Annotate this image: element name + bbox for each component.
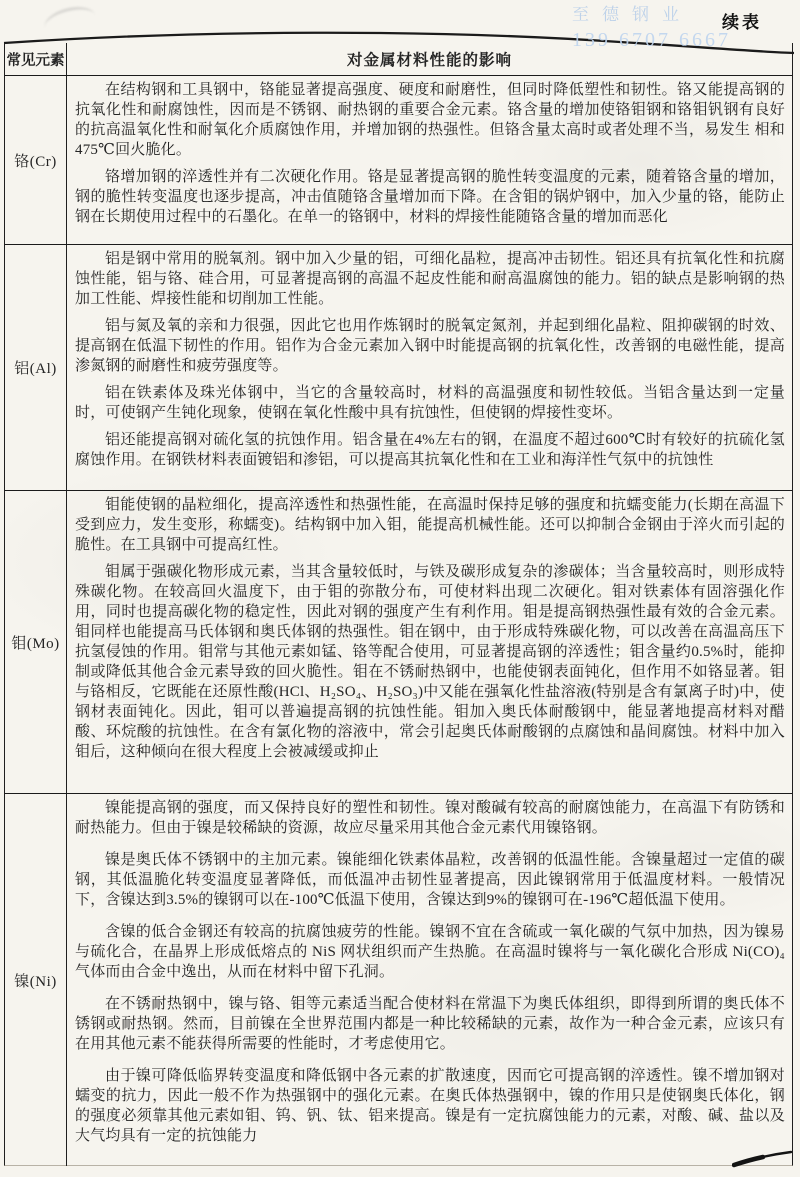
pen-mark [732, 1148, 794, 1170]
effects-paragraph: 由于镍可降低临界转变温度和降低钢中各元素的扩散速度，因而它可提高钢的淬透性。镍不… [75, 1066, 785, 1146]
element-name-ni: 镍(Ni) [5, 794, 67, 1166]
table-body: 铬(Cr)在结构钢和工具钢中，铬能显著提高强度、硬度和耐磨性，但同时降低塑性和韧… [5, 76, 792, 1166]
watermark: 至德钢业 139 6707 6667 [572, 6, 731, 50]
element-row-ni: 镍(Ni)镍能提高钢的强度，而又保持良好的塑性和韧性。镍对酸碱有较高的耐腐蚀能力… [5, 794, 792, 1166]
effects-paragraph: 镍是奥氏体不锈钢中的主加元素。镍能细化铁素体晶粒，改善钢的低温性能。含镍量超过一… [75, 850, 785, 910]
watermark-company-name: 至德钢业 [572, 6, 731, 23]
element-effects-text-al: 铝是钢中常用的脱氧剂。钢中加入少量的铝，可细化晶粒，提高冲击韧性。铝还具有抗氧化… [67, 245, 792, 490]
element-name-mo: 钼(Mo) [5, 491, 67, 793]
effects-paragraph: 铝与氮及氧的亲和力很强，因此它也用作炼钢时的脱氧定氮剂，并起到细化晶粒、阻抑碳钢… [75, 316, 785, 376]
elements-effects-table: 常见元素 对金属材料性能的影响 铬(Cr)在结构钢和工具钢中，铬能显著提高强度、… [4, 43, 793, 1166]
element-row-al: 铝(Al)铝是钢中常用的脱氧剂。钢中加入少量的铝，可细化晶粒，提高冲击韧性。铝还… [5, 245, 792, 491]
effects-paragraph: 铝在铁素体及珠光体钢中，当它的含量较高时，材料的高温强度和韧性较低。当铝含量达到… [75, 383, 785, 423]
effects-paragraph: 在结构钢和工具钢中，铬能显著提高强度、硬度和耐磨性，但同时降低塑性和韧性。铬又能… [75, 80, 785, 160]
effects-paragraph: 铝是钢中常用的脱氧剂。钢中加入少量的铝，可细化晶粒，提高冲击韧性。铝还具有抗氧化… [75, 249, 785, 309]
element-row-cr: 铬(Cr)在结构钢和工具钢中，铬能显著提高强度、硬度和耐磨性，但同时降低塑性和韧… [5, 76, 792, 245]
effects-paragraph: 钼属于强碳化物形成元素，当其含量较低时，与铁及碳形成复杂的渗碳体；当含量较高时，… [75, 562, 785, 762]
element-row-mo: 钼(Mo)钼能使钢的晶粒细化，提高淬透性和热强性能，在高温时保持足够的强度和抗蠕… [5, 491, 792, 794]
element-effects-text-cr: 在结构钢和工具钢中，铬能显著提高强度、硬度和耐磨性，但同时降低塑性和韧性。铬又能… [67, 76, 792, 244]
element-name-al: 铝(Al) [5, 245, 67, 490]
watermark-phone-number: 139 6707 6667 [572, 30, 731, 50]
effects-paragraph: 钼能使钢的晶粒细化，提高淬透性和热强性能，在高温时保持足够的强度和抗蠕变能力(长… [75, 495, 785, 555]
element-name-cr: 铬(Cr) [5, 76, 67, 244]
element-effects-text-mo: 钼能使钢的晶粒细化，提高淬透性和热强性能，在高温时保持足够的强度和抗蠕变能力(长… [67, 491, 792, 793]
effects-paragraph: 铬增加钢的淬透性并有二次硬化作用。铬是显著提高钢的脆性转变温度的元素，随着铬含量… [75, 167, 785, 227]
effects-paragraph: 含镍的低合金钢还有较高的抗腐蚀疲劳的性能。镍钢不宜在含硫或一氧化碳的气氛中加热，… [75, 922, 785, 982]
effects-paragraph: 铝还能提高钢对硫化氢的抗蚀作用。铝含量在4%左右的钢，在温度不超过600℃时有较… [75, 430, 785, 470]
effects-paragraph: 镍能提高钢的强度，而又保持良好的塑性和韧性。镍对酸碱有较高的耐腐蚀能力，在高温下… [75, 798, 785, 838]
effects-paragraph: 在不锈耐热钢中，镍与铬、钼等元素适当配合使材料在常温下为奥氏体组织，即得到所谓的… [75, 994, 785, 1054]
element-effects-text-ni: 镍能提高钢的强度，而又保持良好的塑性和韧性。镍对酸碱有较高的耐腐蚀能力，在高温下… [67, 794, 792, 1166]
